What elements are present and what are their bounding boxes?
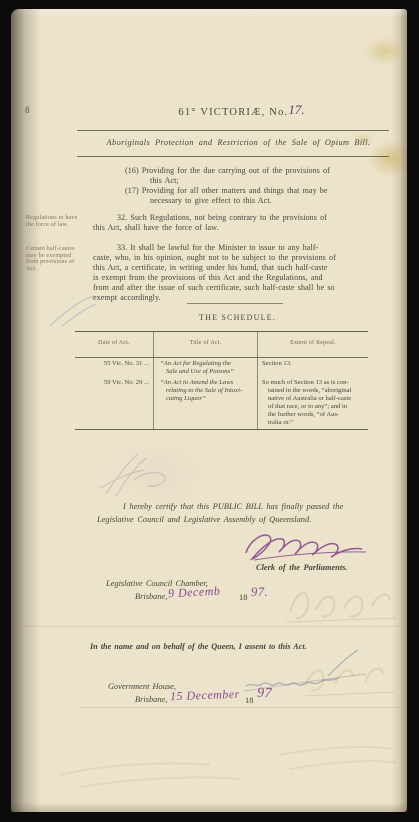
council-brisbane-line: Brisbane,	[135, 592, 167, 601]
schedule-table: Date of Act. Title of Act. Extent of Rep…	[75, 331, 368, 430]
column-header-title: Title of Act.	[154, 340, 257, 346]
table-column-divider	[257, 332, 258, 429]
header-rule-top	[77, 130, 389, 131]
act-header: 61° VICTORIÆ, No.17.	[0, 103, 419, 119]
assent-date-handwritten: 15 December	[170, 687, 240, 704]
ink-bleed-mark	[40, 735, 400, 795]
assent-year-printed: 18	[245, 696, 253, 705]
ink-bleed-mark	[282, 582, 400, 630]
column-header-date: Date of Act.	[75, 340, 153, 346]
bleed-rule	[80, 707, 400, 708]
table-column-divider	[153, 332, 154, 429]
ink-bleed-mark	[86, 448, 194, 500]
clause-17: (17) Providing for all other matters and…	[125, 186, 328, 206]
table-row-extent: So much of Section 13 as is con-tained i…	[262, 379, 351, 427]
header-rule-bottom	[77, 156, 389, 157]
table-header-divider	[75, 357, 368, 358]
column-header-extent: Extent of Repeal.	[258, 340, 368, 346]
government-house-line: Government House,	[108, 682, 176, 691]
scan-background: { "document": { "page_number": "8", "hea…	[0, 0, 419, 822]
section-32: 32. Such Regulations, not being contrary…	[93, 213, 327, 233]
assent-brisbane-line: Brisbane,	[135, 695, 167, 704]
bleed-rule	[14, 626, 398, 627]
table-row-title: “An Act to Amend the Lawsrelating to the…	[160, 379, 242, 403]
clerk-signature	[240, 527, 370, 565]
table-row-title: “An Act for Regulating theSale and Use o…	[160, 360, 234, 376]
marginal-note-section-33: Certain half-castes may be exempted from…	[26, 246, 79, 272]
table-row-date: 59 Vic. No. 29 ...	[79, 379, 149, 387]
clerk-title: Clerk of the Parliaments.	[256, 563, 348, 572]
marginal-note-section-32: Regulations to have the force of law.	[26, 215, 79, 228]
schedule-heading: THE SCHEDULE.	[0, 313, 419, 322]
act-number-handwritten: 17.	[288, 102, 304, 117]
council-date-handwritten: 9 Decemb	[168, 584, 221, 602]
table-row-date: 55 Vic. No. 31 ...	[79, 360, 149, 368]
certification-text: I hereby certify that this PUBLIC BILL h…	[97, 501, 343, 526]
act-header-printed: 61° VICTORIÆ, No.	[178, 107, 288, 118]
section-33: 33. It shall be lawful for the Minister …	[93, 243, 336, 303]
assent-year-handwritten: 97	[257, 686, 273, 703]
council-year-handwritten: 97.	[251, 585, 268, 600]
running-title: Aboriginals Protection and Restriction o…	[0, 138, 419, 147]
table-row-extent: Section 13.	[262, 360, 292, 368]
clause-16: (16) Providing for the due carrying out …	[125, 166, 330, 186]
section-end-rule	[187, 303, 283, 304]
council-year-printed: 18	[239, 593, 247, 602]
